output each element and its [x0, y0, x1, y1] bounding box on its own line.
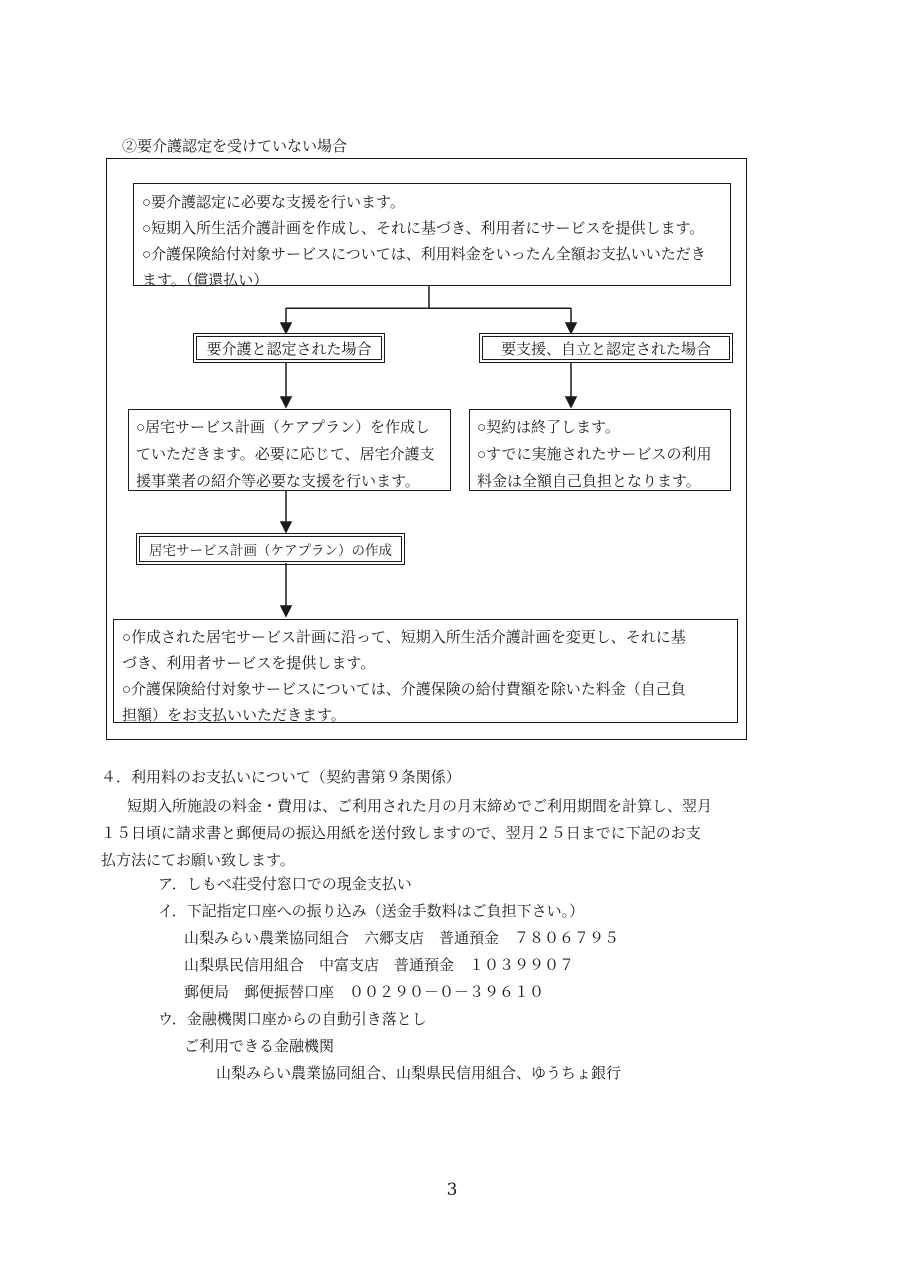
arrow-down-icon — [566, 362, 576, 407]
case-heading: ②要介護認定を受けていない場合 — [122, 135, 347, 156]
payment-paragraph: 短期入所施設の料金・費用は、ご利用された月の月末締めでご利用期間を計算し、翌月１… — [101, 793, 712, 874]
text-line: ます。（償還払い） — [142, 268, 724, 294]
service-provision-box: ○作成された居宅サービス計画に沿って、短期入所生活介護計画を変更し、それに基づき… — [113, 619, 738, 723]
text-line: 山梨みらい農業協同組合、山梨県民信用組合、ゆうちょ銀行 — [216, 1060, 621, 1087]
payment-section-heading: ４．利用料のお支払いについて（契約書第９条関係） — [101, 766, 461, 787]
text-line: ○作成された居宅サービス計画に沿って、短期入所生活介護計画を変更し、それに基 — [122, 625, 731, 651]
text-line: 料金は全額自己負担となります。 — [477, 468, 726, 495]
page-number: 3 — [0, 1180, 904, 1200]
text-line: ○すでに実施されたサービスの利用 — [477, 441, 726, 468]
text-line: イ．下記指定口座への振り込み（送金手数料はご負担下さい。） — [158, 898, 621, 925]
text-line: づき、利用者サービスを提供します。 — [122, 651, 731, 677]
text-line: 短期入所施設の料金・費用は、ご利用された月の月末締めでご利用期間を計算し、翌月 — [101, 793, 712, 820]
text-line: ○契約は終了します。 — [477, 414, 726, 441]
care-plan-creation-label: 居宅サービス計画（ケアプラン）の作成 — [149, 539, 392, 559]
text-line: １５日頃に請求書と郵便局の振込用紙を送付致しますので、翌月２５日までに下記のお支 — [101, 820, 712, 847]
text-line: ○介護保険給付対象サービスについては、介護保険の給付費額を除いた料金（自己負 — [122, 677, 731, 703]
support-independent-label: 要支援、自立と認定された場合 — [501, 338, 711, 359]
text-line: 援事業者の紹介等必要な支援を行います。 — [136, 468, 446, 495]
arrow-down-icon — [281, 362, 291, 407]
certified-care-label-box: 要介護と認定された場合 — [196, 336, 382, 360]
text-line: ○介護保険給付対象サービスについては、利用料金をいったん全額お支払いいただき — [142, 242, 724, 268]
document-page: ②要介護認定を受けていない場合 ○要介護認定に必要な支援を行います。○短期入所生… — [0, 0, 904, 1279]
text-line: 山梨みらい農業協同組合 六郷支店 普通預金 ７８０６７９５ — [184, 925, 621, 952]
care-plan-creation-box: 居宅サービス計画（ケアプラン）の作成 — [139, 536, 402, 562]
text-line: ウ．金融機関口座からの自動引き落とし — [158, 1006, 621, 1033]
flowchart-frame: ○要介護認定に必要な支援を行います。○短期入所生活介護計画を作成し、それに基づき… — [106, 158, 747, 740]
text-line: ア．しもべ荘受付窓口での現金支払い — [158, 871, 621, 898]
text-line: ご利用できる金融機関 — [184, 1033, 621, 1060]
text-line: 払方法にてお願い致します。 — [101, 847, 712, 874]
payment-method-list: ア．しもべ荘受付窓口での現金支払いイ．下記指定口座への振り込み（送金手数料はご負… — [101, 871, 621, 1087]
text-line: 担額）をお支払いいただきます。 — [122, 703, 731, 729]
contract-end-box: ○契約は終了します。○すでに実施されたサービスの利用料金は全額自己負担となります… — [469, 409, 731, 491]
support-independent-label-box: 要支援、自立と認定された場合 — [482, 336, 730, 360]
text-line: ていただきます。必要に応じて、居宅介護支 — [136, 441, 446, 468]
text-line: ○要介護認定に必要な支援を行います。 — [142, 190, 724, 216]
arrow-down-icon — [281, 563, 291, 616]
text-line: ○短期入所生活介護計画を作成し、それに基づき、利用者にサービスを提供します。 — [142, 216, 724, 242]
certified-care-label: 要介護と認定された場合 — [206, 338, 371, 359]
arrow-down-icon — [281, 308, 291, 333]
text-line: ○居宅サービス計画（ケアプラン）を作成し — [136, 414, 446, 441]
arrow-down-icon — [281, 490, 291, 532]
text-line: 郵便局 郵便振替口座 ００２９０－０－３９６１０ — [184, 979, 621, 1006]
initial-support-box: ○要介護認定に必要な支援を行います。○短期入所生活介護計画を作成し、それに基づき… — [133, 183, 731, 286]
arrow-down-icon — [566, 308, 576, 333]
care-plan-support-box: ○居宅サービス計画（ケアプラン）を作成していただきます。必要に応じて、居宅介護支… — [128, 409, 451, 491]
text-line: 山梨県民信用組合 中富支店 普通預金 １０３９９０７ — [184, 952, 621, 979]
